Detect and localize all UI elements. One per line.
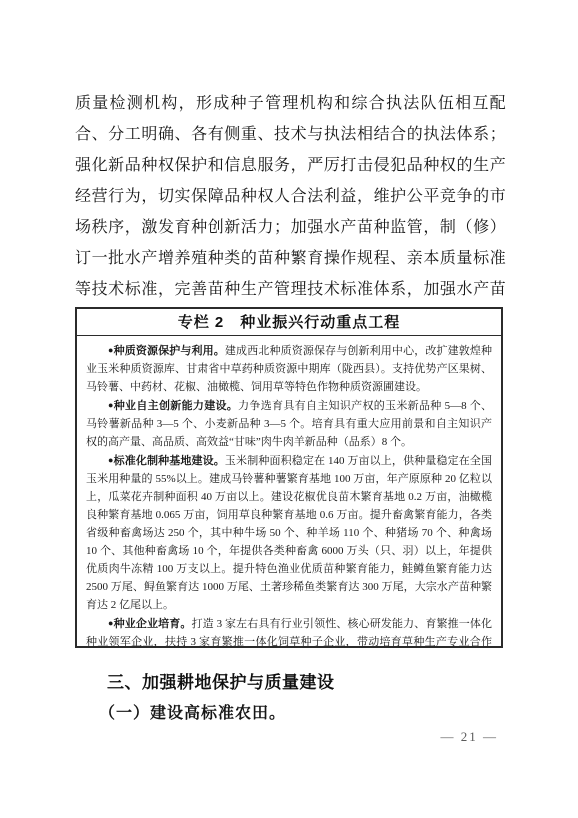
column-box-content: ●种质资源保护与利用。建成西北种质资源保存与创新利用中心，改扩建敦煌种业玉米种质…	[77, 336, 501, 648]
section-heading: 三、加强耕地保护与质量建设	[107, 668, 335, 693]
page-number: — 21 —	[441, 729, 499, 745]
sub-heading: （一）建设高标准农田。	[99, 700, 286, 723]
document-page: 质量检测机构，形成种子管理机构和综合执法队伍相互配合、分工明确、各有侧重、技术与…	[0, 0, 578, 818]
bullet-text: 玉米制种面积稳定在 140 万亩以上，供种量稳定在全国玉米用种量的 55%以上。…	[86, 455, 492, 611]
bullet-item: ●标准化制种基地建设。玉米制种面积稳定在 140 万亩以上，供种量稳定在全国玉米…	[86, 451, 492, 614]
body-paragraph: 质量检测机构，形成种子管理机构和综合执法队伍相互配合、分工明确、各有侧重、技术与…	[75, 88, 506, 336]
bullet-lead: 标准化制种基地建设。	[114, 455, 225, 467]
bullet-lead: 种质资源保护与利用。	[114, 345, 225, 357]
bullet-item: ●种业企业培育。打造 3 家左右具有行业引领性、核心研发能力、育繁推一体化种业领…	[86, 614, 492, 648]
bullet-lead: 种业企业培育。	[114, 618, 192, 630]
bullet-lead: 种业自主创新能力建设。	[114, 400, 238, 412]
bullet-item: ●种质资源保护与利用。建成西北种质资源保存与创新利用中心，改扩建敦煌种业玉米种质…	[86, 341, 492, 396]
bullet-item: ●种业自主创新能力建设。力争选育具有自主知识产权的玉米新品种 5—8 个、马铃薯…	[86, 396, 492, 451]
column-box: 专栏 2 种业振兴行动重点工程 ●种质资源保护与利用。建成西北种质资源保存与创新…	[75, 307, 503, 648]
column-box-title: 专栏 2 种业振兴行动重点工程	[77, 309, 501, 336]
